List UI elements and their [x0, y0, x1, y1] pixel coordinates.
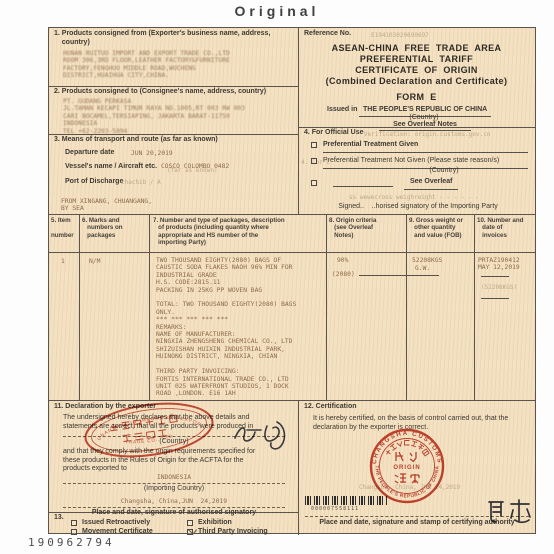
copy-type-label: Original: [0, 3, 554, 19]
movement-certificate-checkbox: [71, 529, 77, 535]
box4-ghost-misc: ss wewecross weighreight - - - - - -: [349, 194, 479, 201]
box13-label: 13.: [54, 514, 64, 523]
third-party-invoicing-label: Third Party Invoicing: [198, 528, 268, 537]
vessel-label: Vessel's name / Aircraft etc.: [65, 163, 157, 172]
box4-country-ghost: (Country): [389, 167, 499, 176]
divider: [79, 214, 80, 400]
divider: [49, 214, 535, 215]
divider: [326, 214, 327, 400]
exporter-value: HUNAN RUITUO IMPORT AND EXPORT TRADE CO.…: [63, 50, 293, 80]
round-stamp-changsha-cjk: [396, 452, 416, 462]
divider: [298, 400, 299, 535]
certificate-title: ASEAN-CHINA FREE TRADE AREA PREFERENTIAL…: [300, 43, 533, 87]
box2-label: 2. Products consigned to (Consignee's na…: [54, 88, 294, 97]
importing-dashed-line: [63, 483, 285, 484]
col-description-header: 7. Number and type of packages, descript…: [153, 217, 323, 247]
round-stamp-haiguan-cjk: [395, 474, 419, 483]
issued-in-label: Issued in: [327, 106, 357, 115]
gross-weight-unit: G.W.: [415, 265, 430, 272]
issued-retroactively-checkbox: [71, 520, 77, 526]
see-overleaf-checkbox: [311, 180, 317, 186]
importing-country-value: INDONESIA: [63, 474, 285, 481]
col-invoice-header: 10. Number and date of invoices: [477, 217, 533, 239]
box3-label: 3. Means of transport and route (as far …: [54, 136, 294, 145]
document-serial-number: 190962794: [28, 536, 115, 549]
invoice-ghost: (52208KGS): [481, 284, 517, 291]
form-e-title: FORM E: [300, 92, 533, 103]
port-of-discharge-label: Port of Discharge: [65, 178, 123, 187]
divider: [298, 28, 299, 214]
gross-underline: [413, 275, 439, 276]
divider: [149, 214, 150, 400]
departure-date-value: JUN 20,2019: [131, 150, 173, 157]
invoice-line-2: [481, 298, 509, 299]
gross-weight-value: 52208KGS: [412, 257, 442, 264]
box11-place-date: Changsha, China,JUN 24,2019: [63, 498, 285, 505]
port-ghost-text: chachib / A: [121, 179, 161, 186]
exhibition-label: Exhibition: [198, 519, 232, 528]
description-value: TWO THOUSAND EIGHTY(2080) BAGS OF CAUSTI…: [156, 257, 324, 398]
reference-no-value: E194103020690697: [371, 32, 429, 39]
divider: [474, 214, 475, 400]
divider: [49, 252, 535, 253]
col-origin-header: 8. Origin criteria (see Overleaf Notes): [329, 217, 404, 239]
box4-label: 4. For Official Use: [304, 129, 364, 138]
verification-ghost: Verification: origin.customs.gov.cn: [364, 131, 490, 138]
consignee-value: PT. GUDANG PERKASA JL.TAMAN KECAPI TIMUR…: [63, 98, 295, 135]
form-e-certificate: 1. Products consigned from (Exporter's b…: [48, 27, 536, 534]
third-party-invoicing-checkbox: [187, 529, 193, 535]
vessel-value: COSCO COLOMBO 0482: [161, 163, 229, 170]
exporter-signature: [227, 416, 297, 456]
changsha-customs-origin-stamp: CHANGSHA CUSTOMS THE PEOPLE'S REPUBLIC O…: [367, 426, 447, 506]
preferential-not-given-checkbox: [311, 158, 317, 164]
origin-criteria-value: 90%: [337, 257, 348, 264]
item-number: 1: [61, 258, 65, 265]
col-gross-header: 9. Gross weight or other quantity and va…: [409, 217, 472, 239]
round-stamp-arc-top-text: CHANGSHA CUSTOMS: [371, 430, 443, 465]
box4-see-overleaf: See Overleaf: [404, 178, 458, 190]
scanned-certificate-page: Original 1. Products consigned from (Exp…: [0, 0, 554, 554]
exporter-company-oval-stamp: HUNAN RUITUO IMPORT AND EXPORT TRADE CO.…: [77, 398, 221, 462]
certifier-signature: [485, 496, 533, 526]
invoice-line-1: [481, 276, 509, 277]
col-item-header: 5. Item number: [51, 217, 78, 239]
reference-no-label: Reference No.: [304, 30, 351, 39]
oval-stamp-arc-bottom-text: TRADE CO., LTD.: [125, 432, 176, 446]
box1-label: 1. Products consigned from (Exporter's b…: [54, 30, 294, 47]
see-overleaf-notes: See Overleaf Notes: [379, 121, 471, 131]
departure-date-label: Departure date: [65, 149, 114, 158]
svg-text:CHANGSHA CUSTOMS: CHANGSHA CUSTOMS: [371, 430, 443, 465]
origin-criteria-qty: (2080): [332, 271, 355, 278]
importing-country-caption: (Importing Country): [63, 485, 285, 494]
box11-caption: Place and date, signature of authorised …: [63, 509, 285, 518]
marks-value: N/M: [89, 258, 100, 265]
preferential-given-checkbox: [311, 142, 317, 148]
box12-label: 12. Certification: [304, 403, 357, 412]
route-value: FROM XINGANG, CHUANGANG, BY SEA: [61, 198, 281, 213]
issued-retroactively-label: Issued Retroactively: [82, 519, 150, 528]
signature-dashed-line: [63, 507, 285, 508]
preferential-given-label: Preferential Treatment Given: [323, 141, 528, 153]
divider: [49, 86, 298, 87]
col-marks-header: 6. Marks and numbers on packages: [82, 217, 146, 239]
invoice-value: PRTAZ190412 MAY 12,2019: [478, 257, 534, 272]
svg-text:TRADE CO., LTD.: TRADE CO., LTD.: [125, 432, 176, 446]
box4-signature-caption: Signed.. ..horised signatory of the Impo…: [303, 203, 533, 212]
origin-dash-line: [359, 275, 421, 276]
round-stamp-origin-text: ORIGIN: [393, 465, 420, 471]
blank-line: [333, 186, 393, 187]
divider: [406, 214, 407, 400]
barcode-number: 000007558111: [311, 506, 359, 512]
